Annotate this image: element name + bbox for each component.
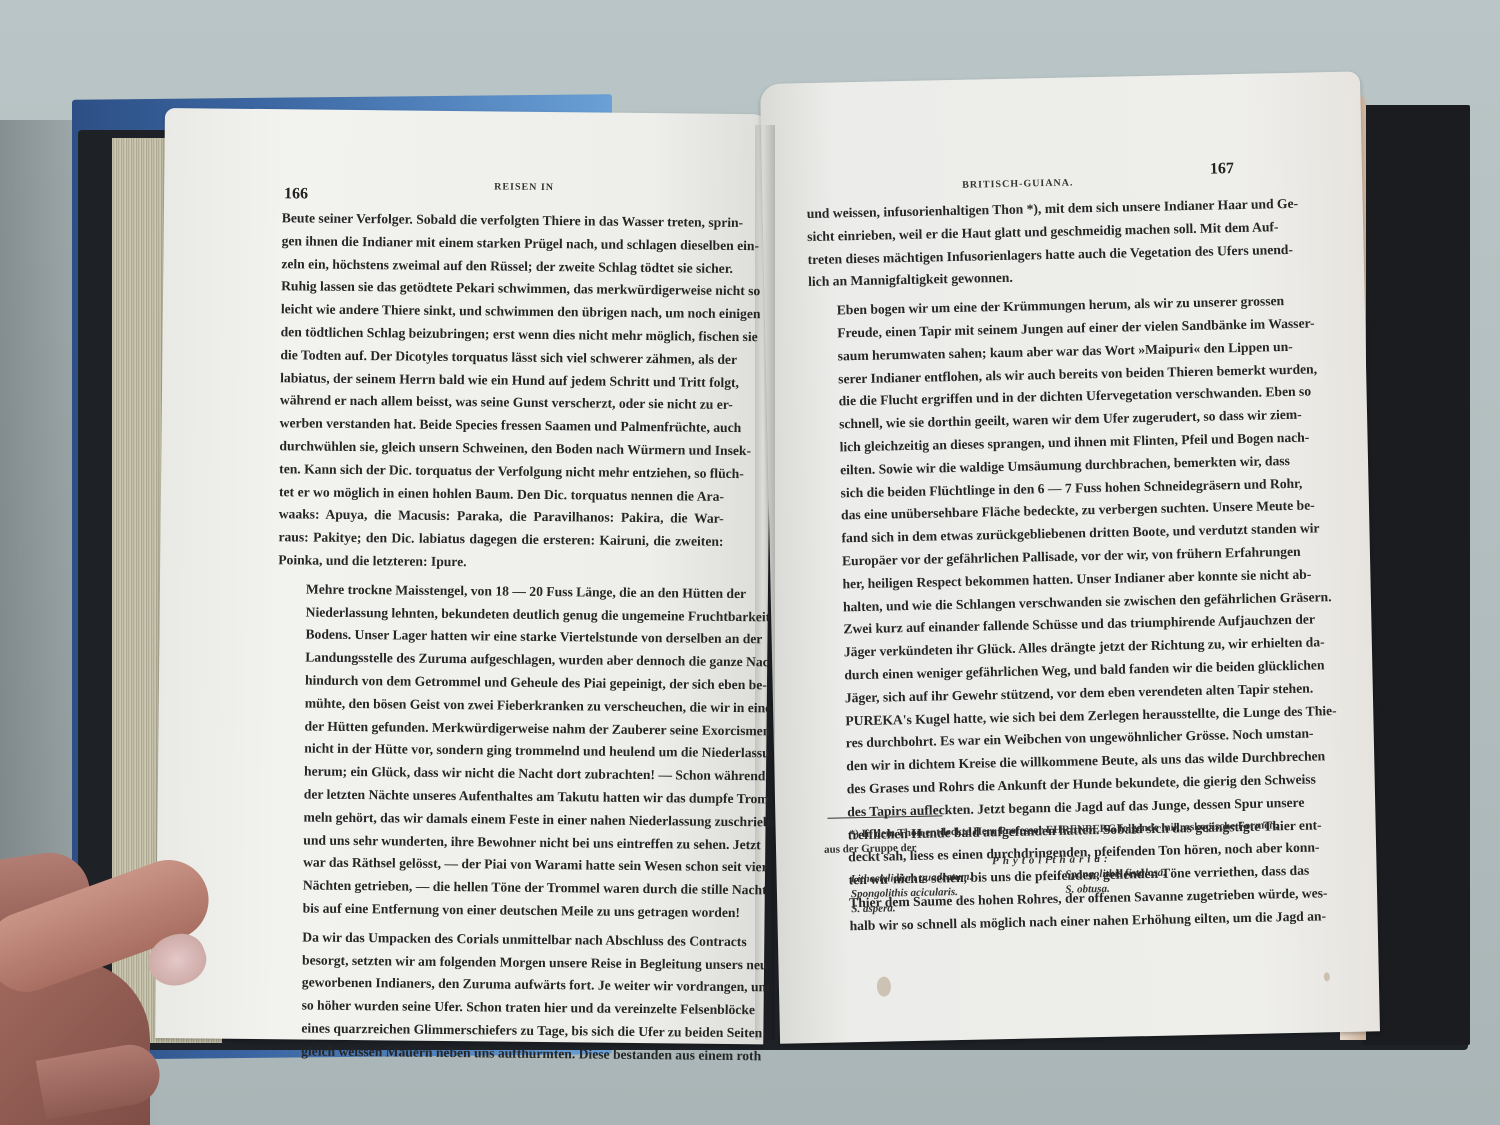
paragraph: Beute seiner Verfolger. Sobald die verfo… xyxy=(278,207,727,576)
paragraph: Mehre trockne Maisstengel, von 18 — 20 F… xyxy=(275,578,724,925)
right-page[interactable]: 167 BRITISCH-GUIANA. und weissen, infuso… xyxy=(760,71,1380,1043)
paragraph: Da wir das Umpacken des Corials unmittel… xyxy=(273,926,719,1067)
running-head: BRITISCH-GUIANA. xyxy=(962,177,1074,190)
footnote: *) In dem Thon entdeckte Herr Professor … xyxy=(824,818,1281,918)
page-number: 166 xyxy=(284,185,308,203)
book-cover-right-edge xyxy=(1362,105,1470,1045)
text-line: gleich weissen Mauern neben uns aufthürm… xyxy=(273,1040,718,1067)
text-line: Poinka, und die letzteren: Ipure. xyxy=(278,549,723,576)
species-list: Lithostylidium quadratum. Spongolithis f… xyxy=(825,863,1281,918)
paper-stain xyxy=(877,976,891,996)
page-body-text: Beute seiner Verfolger. Sobald die verfo… xyxy=(273,207,727,1067)
page-number: 167 xyxy=(1210,160,1234,178)
paper-stain xyxy=(1324,972,1330,981)
book-gutter xyxy=(755,125,775,1040)
left-page[interactable]: 166 REISEN IN Beute seiner Verfolger. So… xyxy=(155,108,773,1044)
paragraph: und weissen, infusorienhaltigen Thon *),… xyxy=(807,194,1239,294)
running-head: REISEN IN xyxy=(494,181,554,193)
text-line: bis auf eine Entfernung von einer deutsc… xyxy=(275,897,720,924)
